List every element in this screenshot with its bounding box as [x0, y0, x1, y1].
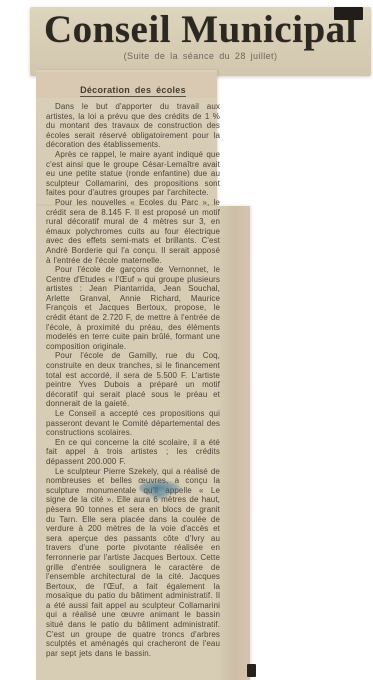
article-paragraph: Pour l'école de garçons de Vernonnet, le… [46, 265, 220, 351]
article-paragraph: Dans le but d'apporter du travail aux ar… [46, 102, 220, 150]
article-paragraph: Le sculpteur Pierre Szekely, qui a réali… [46, 467, 220, 659]
article-section-heading: Décoration des écoles [80, 85, 186, 97]
section-heading-wrap: Décoration des écoles [46, 80, 220, 98]
adjacent-print-fragment-top [334, 7, 363, 20]
article-paragraph: En ce qui concerne la cité scolaire, il … [46, 438, 220, 467]
article-body: Décoration des écoles Dans le but d'appo… [46, 80, 220, 658]
article-paragraph: Après ce rappel, le maire ayant indiqué … [46, 150, 220, 198]
headline-title: Conseil Municipal [30, 9, 371, 51]
headline-block: Conseil Municipal (Suite de la séance du… [30, 9, 371, 62]
adjacent-print-fragment-bottom [247, 664, 256, 677]
article-paragraph: Pour les nouvelles « Ecoles du Parc », l… [46, 198, 220, 265]
article-paragraph: Pour l'école de Gamilly, rue du Coq, con… [46, 351, 220, 409]
headline-subtitle: (Suite de la séance du 28 juillet) [30, 51, 371, 62]
article-paragraph: Le Conseil a accepté ces propositions qu… [46, 409, 220, 438]
